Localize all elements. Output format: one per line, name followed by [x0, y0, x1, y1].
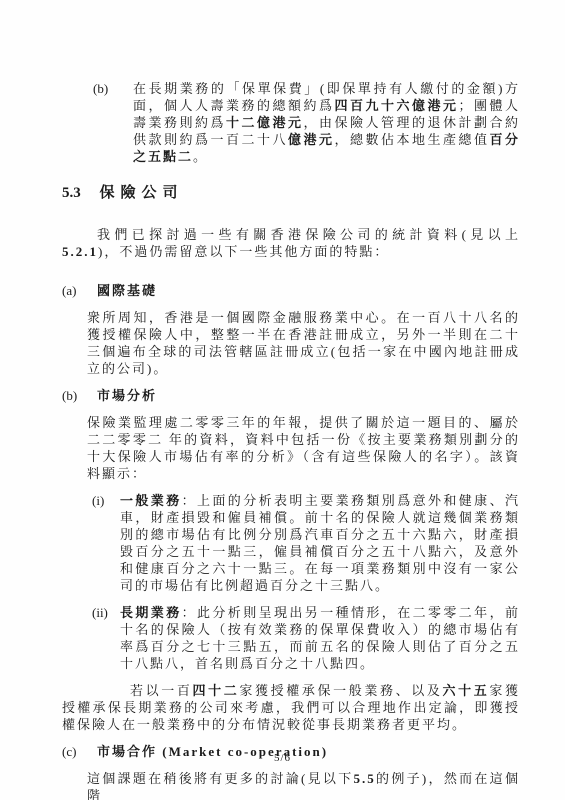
section-title: 保險公司: [100, 185, 184, 201]
document-page: (b) 在長期業務的「保單保費」(即保單持有人繳付的金額)方面，個人人壽業務的總…: [0, 0, 565, 800]
sub-item-text: 長期業務：此分析則呈現出另一種情形，在二零零二年，前十名的保險人（按有效業務的保…: [120, 604, 520, 672]
lettered-item-a: (a) 國際基礎 衆所周知，香港是一個國際金融服務業中心。在一百八十八名的獲授權…: [62, 282, 520, 377]
item-heading-row: (b) 市場分析: [62, 387, 520, 404]
item-body: 保險業監理處二零零三年的年報，提供了關於這一題目的、屬於二二零零二 年的資料，資…: [87, 414, 520, 733]
item-body: 這個課題在稍後將有更多的討論(見以下5.5的例子)，然而在這個階: [87, 770, 520, 800]
text-run: 我們已探討過一些有關香港保險公司的統計資料(見以上: [97, 227, 520, 242]
bold-run: 一般業務: [120, 493, 182, 508]
bold-run: 十二億港元: [226, 115, 304, 130]
bold-run: 四十二: [193, 683, 240, 698]
bold-run: 市場分析: [97, 388, 157, 403]
bold-run: 六十五: [442, 683, 489, 698]
page-number: 5/6: [0, 750, 565, 767]
section-number: 5.3: [62, 185, 81, 202]
sub-item-text: 一般業務：上面的分析表明主要業務類別爲意外和健康、汽車，財產損毀和僱員補償。前十…: [120, 492, 520, 594]
text-run: 這個課題在稍後將有更多的討論(見以下: [87, 771, 354, 786]
sub-item-label: (ii): [92, 604, 108, 621]
bold-run: 億港元: [288, 132, 335, 147]
carryover-item-label: (b): [93, 80, 108, 97]
item-heading: 市場分析: [97, 387, 520, 404]
body-paragraph: 這個課題在稍後將有更多的討論(見以下5.5的例子)，然而在這個階: [87, 770, 520, 800]
text-run: 家獲授權承保一般業務、以及: [239, 683, 442, 698]
text-run: 衆所周知，香港是一個國際金融服務業中心。在一百八十八名的獲授權保險人中，整整一半…: [87, 310, 520, 376]
body-paragraph: 衆所周知，香港是一個國際金融服務業中心。在一百八十八名的獲授權保險人中，整整一半…: [87, 309, 520, 377]
item-body: 衆所周知，香港是一個國際金融服務業中心。在一百八十八名的獲授權保險人中，整整一半…: [87, 309, 520, 377]
text-run: 。: [193, 149, 208, 164]
text-run: 若以一百: [130, 683, 193, 698]
bold-run: 5.2.1: [62, 244, 98, 259]
item-heading: 國際基礎: [97, 282, 520, 299]
bold-run: 四百九十六億港元: [334, 98, 458, 113]
section-heading: 5.3 保險公司: [62, 185, 520, 202]
text-run: ：上面的分析表明主要業務類別爲意外和健康、汽車，財產損毀和僱員補償。前十名的保險…: [120, 493, 520, 593]
bold-run: 國際基礎: [97, 283, 157, 298]
body-paragraph: 保險業監理處二零零三年的年報，提供了關於這一題目的、屬於二二零零二 年的資料，資…: [87, 414, 520, 482]
text-run: ，總數佔本地生產總值: [334, 132, 489, 147]
intro-paragraph: 我們已探討過一些有關香港保險公司的統計資料(見以上 5.2.1)，不過仍需留意以…: [62, 226, 520, 260]
bold-run: 長期業務: [120, 605, 182, 620]
item-label: (a): [62, 282, 76, 299]
sub-item-label: (i): [92, 492, 104, 509]
item-label: (b): [62, 387, 77, 404]
lettered-item-b: (b) 市場分析 保險業監理處二零零三年的年報，提供了關於這一題目的、屬於二二零…: [62, 387, 520, 733]
carryover-paragraph: (b) 在長期業務的「保單保費」(即保單持有人繳付的金額)方面，個人人壽業務的總…: [62, 80, 520, 165]
carryover-paragraph-text: 在長期業務的「保單保費」(即保單持有人繳付的金額)方面，個人人壽業務的總額約爲四…: [133, 80, 520, 165]
text-run: 保險業監理處二零零三年的年報，提供了關於這一題目的、屬於二二零零二 年的資料，資…: [87, 415, 520, 481]
item-heading-row: (a) 國際基礎: [62, 282, 520, 299]
body-paragraph: 若以一百四十二家獲授權承保一般業務、以及六十五家獲授權承保長期業務的公司來考慮，…: [62, 682, 520, 733]
text-run: )，不過仍需留意以下一些其他方面的特點：: [98, 244, 389, 259]
sub-item: (i)一般業務：上面的分析表明主要業務類別爲意外和健康、汽車，財產損毀和僱員補償…: [87, 492, 520, 594]
sub-item: (ii)長期業務：此分析則呈現出另一種情形，在二零零二年，前十名的保險人（按有效…: [87, 604, 520, 672]
bold-run: 5.5: [354, 771, 376, 786]
